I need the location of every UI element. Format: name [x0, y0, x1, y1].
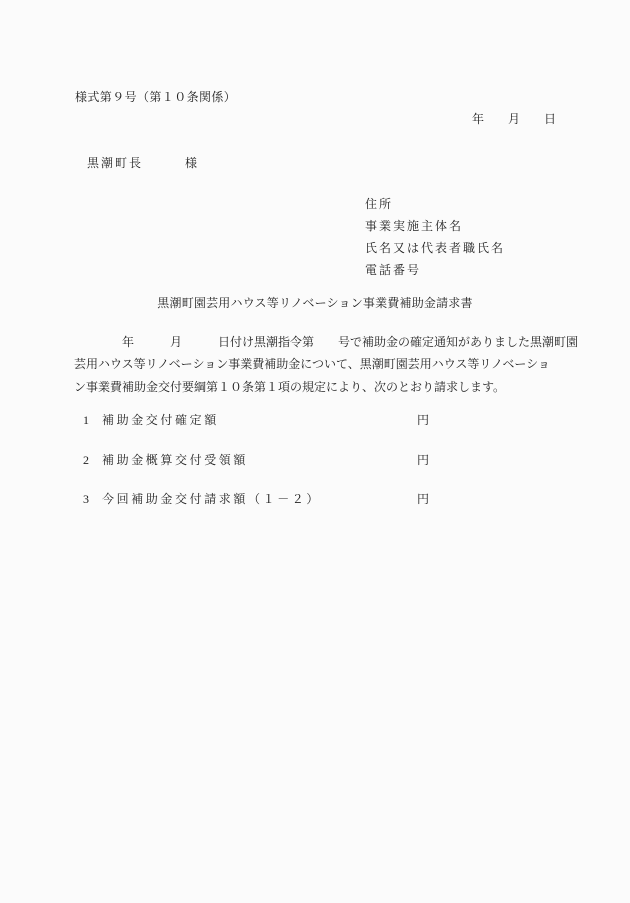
form-number: 様式第９号（第１０条関係）: [75, 89, 236, 105]
date-line: 年 月 日: [74, 111, 556, 127]
item-3-number: 3: [83, 491, 89, 507]
request-item-row-1: 1 補助金交付確定額 円: [74, 412, 556, 428]
body-line-1: 年 月 日付け黒潮指令第 号で補助金の確定通知がありました黒潮町園: [74, 331, 574, 353]
request-item-row-3: 3 今回補助金交付請求額（１－２） 円: [74, 491, 556, 507]
sender-address-label: 住所: [365, 193, 505, 215]
body-line-3: ン事業費補助金交付要綱第１０条第１項の規定により、次のとおり請求します。: [74, 376, 574, 398]
document-title: 黒潮町園芸用ハウス等リノベーション事業費補助金請求書: [74, 295, 556, 311]
item-3-unit-yen: 円: [417, 491, 429, 507]
addressee-line: 黒潮町長 様: [87, 155, 199, 171]
item-1-label: 補助金交付確定額: [102, 412, 219, 428]
item-1-number: 1: [83, 412, 89, 428]
sender-phone-label: 電話番号: [365, 259, 505, 281]
request-item-row-2: 2 補助金概算交付受領額 円: [74, 452, 556, 468]
item-1-unit-yen: 円: [417, 412, 429, 428]
sender-entity-name-label: 事業実施主体名: [365, 215, 505, 237]
item-3-label: 今回補助金交付請求額（１－２）: [102, 491, 321, 507]
item-2-unit-yen: 円: [417, 452, 429, 468]
sender-block: 住所 事業実施主体名 氏名又は代表者職氏名 電話番号: [365, 193, 505, 281]
sender-representative-name-label: 氏名又は代表者職氏名: [365, 237, 505, 259]
item-2-number: 2: [83, 452, 89, 468]
document-page: 様式第９号（第１０条関係） 年 月 日 黒潮町長 様 住所 事業実施主体名 氏名…: [0, 0, 630, 903]
item-2-label: 補助金概算交付受領額: [102, 452, 248, 468]
body-paragraph: 年 月 日付け黒潮指令第 号で補助金の確定通知がありました黒潮町園 芸用ハウス等…: [74, 331, 574, 398]
body-line-2: 芸用ハウス等リノベーション事業費補助金について、黒潮町園芸用ハウス等リノベーショ: [74, 353, 574, 375]
